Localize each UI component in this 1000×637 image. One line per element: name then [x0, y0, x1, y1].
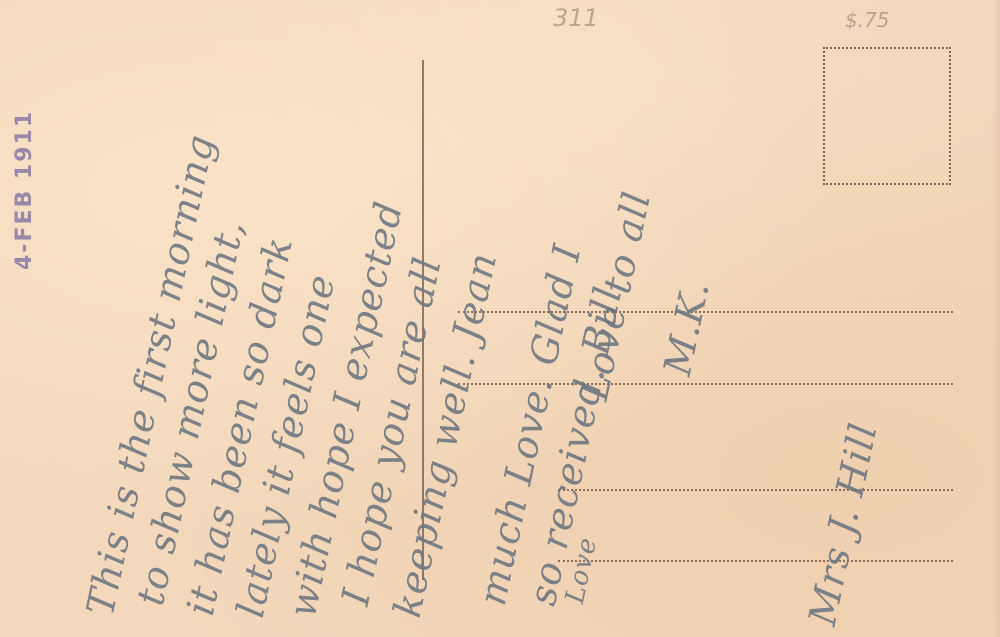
signature: M.K.	[655, 277, 718, 380]
pencil-note-number: 311	[553, 4, 599, 32]
stamp-box	[823, 47, 951, 185]
date-postmark: 4-FEB 1911	[12, 110, 37, 270]
address-recipient: Mrs J. Hill	[800, 419, 886, 629]
pencil-note-price: $.75	[845, 8, 890, 32]
address-line-3	[558, 489, 953, 491]
address-line-4	[558, 560, 953, 562]
postcard-back: 4-FEB 1911 311 $.75 This is the first mo…	[0, 0, 1000, 637]
